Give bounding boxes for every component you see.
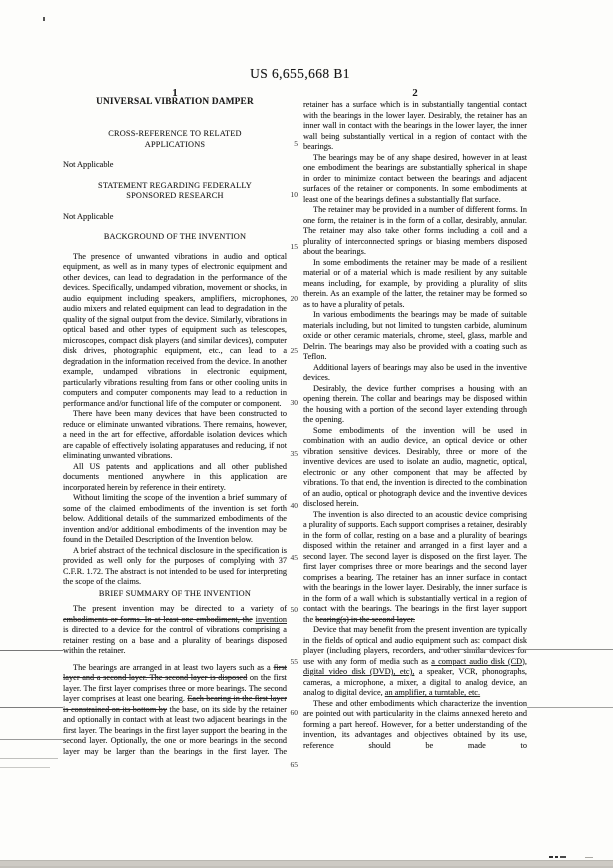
pen-strike-margin-line — [0, 739, 63, 740]
pen-strike-text: embodiments or forms. In at least one em… — [63, 615, 253, 624]
gutter-line-number: 20 — [284, 294, 298, 304]
gutter-line-number: 50 — [284, 605, 298, 615]
text-run: There have been many devices that have b… — [63, 409, 287, 460]
text-run: The bearings are arranged in at least tw… — [73, 663, 274, 672]
paragraph: There have been many devices that have b… — [63, 409, 287, 462]
gutter-line-number: 25 — [284, 346, 298, 356]
gutter-line-number: 15 — [284, 242, 298, 252]
text-run: These and other embodiments which charac… — [303, 699, 527, 750]
right-column: retainer has a surface which is in subst… — [303, 0, 527, 751]
gutter-line-number: 60 — [284, 708, 298, 718]
scan-artifact-dash — [585, 857, 593, 858]
left-column: UNIVERSAL VIBRATION DAMPER CROSS-REFEREN… — [63, 0, 287, 757]
text-run: The bearings may be of any shape desired… — [303, 153, 527, 204]
gutter-line-number: 5 — [284, 139, 298, 149]
gutter-line-number: 35 — [284, 449, 298, 459]
paragraph: These and other embodiments which charac… — [303, 699, 527, 752]
paragraph: Without limiting the scope of the invent… — [63, 493, 287, 546]
pen-underline-margin-line — [527, 707, 613, 708]
paragraph: retainer has a surface which is in subst… — [303, 100, 527, 153]
scan-artifact-dash — [555, 856, 558, 858]
gutter-line-number: 30 — [284, 398, 298, 408]
scan-edge-band — [0, 860, 613, 868]
paragraph: The bearings are arranged in at least tw… — [63, 663, 287, 758]
paragraph: Some embodiments of the invention will b… — [303, 426, 527, 510]
paragraph: The invention is also directed to an aco… — [303, 510, 527, 626]
text-run: Some embodiments of the invention will b… — [303, 426, 527, 509]
pen-underline-text: invention — [256, 615, 287, 624]
paragraph: In some embodiments the retainer may be … — [303, 258, 527, 311]
text-run: The invention is also directed to an aco… — [303, 510, 527, 624]
paragraph: In various embodiments the bearings may … — [303, 310, 527, 363]
text-run: retainer has a surface which is in subst… — [303, 100, 527, 151]
pen-strike-margin-line — [0, 650, 63, 651]
text-run: Without limiting the scope of the invent… — [63, 493, 287, 544]
gutter-line-number: 10 — [284, 190, 298, 200]
paragraph: Additional layers of bearings may also b… — [303, 363, 527, 384]
pen-strike-margin-line — [0, 707, 63, 708]
pen-underline-text: an amplifier, a turntable, etc. — [385, 688, 480, 697]
paragraph: Desirably, the device further comprises … — [303, 384, 527, 426]
text-run: The retainer may be provided in a number… — [303, 205, 527, 256]
section-heading: CROSS-REFERENCE TO RELATEDAPPLICATIONS — [63, 129, 287, 150]
text-run: Desirably, the device further comprises … — [303, 384, 527, 425]
pen-mark-margin-line — [0, 767, 50, 768]
paragraph: A brief abstract of the technical disclo… — [63, 546, 287, 588]
pen-mark-margin-line — [0, 758, 58, 759]
text-run: Additional layers of bearings may also b… — [303, 363, 527, 383]
section-heading: STATEMENT REGARDING FEDERALLYSPONSORED R… — [63, 181, 287, 202]
paragraph: Not Applicable — [63, 212, 287, 223]
patent-page: US 6,655,668 B1 1 2 UNIVERSAL VIBRATION … — [0, 0, 613, 868]
paragraph: Not Applicable — [63, 160, 287, 171]
gutter-line-number: 45 — [284, 553, 298, 563]
text-run: A brief abstract of the technical disclo… — [63, 546, 287, 587]
invention-title: UNIVERSAL VIBRATION DAMPER — [63, 97, 287, 108]
scan-artifact-dash — [549, 856, 553, 858]
text-run: The presence of unwanted vibrations in a… — [63, 252, 287, 408]
gutter-line-number: 55 — [284, 657, 298, 667]
text-run: In various embodiments the bearings may … — [303, 310, 527, 361]
text-run: is directed to a device for the control … — [63, 625, 287, 655]
section-heading: BACKGROUND OF THE INVENTION — [63, 232, 287, 243]
scan-artifact-dash — [560, 856, 566, 858]
paragraph: The present invention may be directed to… — [63, 604, 287, 657]
paragraph: The presence of unwanted vibrations in a… — [63, 252, 287, 410]
section-heading: BRIEF SUMMARY OF THE INVENTION — [63, 589, 287, 600]
text-run: In some embodiments the retainer may be … — [303, 258, 527, 309]
paragraph: Device that may benefit from the present… — [303, 625, 527, 699]
paragraph: The bearings may be of any shape desired… — [303, 153, 527, 206]
paragraph: All US patents and applications and all … — [63, 462, 287, 494]
text-run: The present invention may be directed to… — [73, 604, 287, 613]
gutter-line-number: 40 — [284, 501, 298, 511]
paragraph: The retainer may be provided in a number… — [303, 205, 527, 258]
pen-strike-text: bearing(s) in the second layer. — [315, 615, 415, 624]
text-run: All US patents and applications and all … — [63, 462, 287, 492]
pen-strike-margin-line — [434, 649, 613, 650]
gutter-line-number: 65 — [284, 760, 298, 770]
scan-artifact-speck — [43, 17, 45, 21]
